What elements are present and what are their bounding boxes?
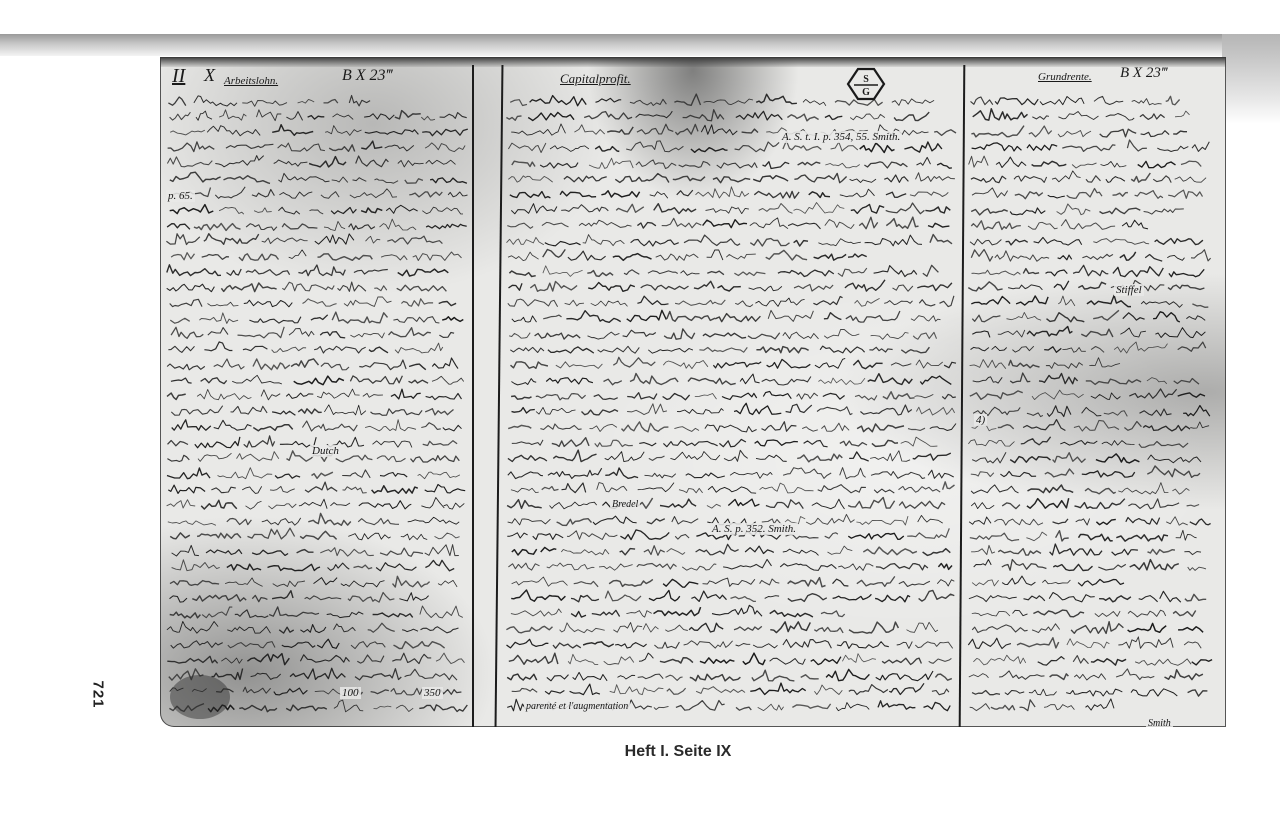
ink-smudge: [170, 675, 230, 719]
right-column-ref: B X 23‴: [1120, 65, 1167, 82]
legible-fragment: 100: [340, 687, 361, 699]
legible-fragment: Dutch: [310, 445, 341, 457]
legible-fragment: 350: [422, 687, 443, 699]
legible-fragment: A. S. t. I. p. 354, 55. Smith.: [780, 131, 902, 143]
handwritten-script: [160, 57, 1226, 727]
legible-fragment: Stiffel: [1114, 284, 1144, 296]
legible-fragment: parenté et l'augmentation: [524, 701, 630, 712]
manuscript-page: II X Arbeitslohn. B X 23‴ Capitalprofit.…: [160, 57, 1226, 727]
script-column-left: [166, 96, 467, 712]
left-column-roman-numeral: II: [172, 65, 185, 88]
script-column-right: [968, 96, 1212, 710]
middle-column-title: Capitalprofit.: [560, 71, 631, 87]
left-column-mark: X: [204, 65, 215, 86]
script-column-middle: [506, 94, 956, 711]
legible-fragment: Smith: [1146, 718, 1173, 727]
right-column-title: Grundrente.: [1038, 71, 1092, 83]
legible-fragment: Bredel: [610, 499, 640, 510]
svg-text:S: S: [863, 74, 869, 85]
scan-right-shadow: [1222, 34, 1280, 124]
page-number: 721: [90, 680, 107, 708]
svg-text:G: G: [862, 87, 870, 98]
legible-fragment: 4): [974, 414, 987, 426]
left-column-ref: B X 23‴: [342, 67, 392, 85]
scan-top-shadow: [0, 34, 1280, 56]
library-stamp-icon: S G: [846, 67, 886, 101]
legible-fragment: A. S. p. 352. Smith.: [710, 523, 798, 535]
column-divider-left: [472, 65, 474, 727]
left-column-title: Arbeitslohn.: [224, 75, 278, 87]
page-caption: Heft I. Seite IX: [0, 743, 1280, 761]
legible-fragment: p. 65.: [166, 190, 195, 202]
